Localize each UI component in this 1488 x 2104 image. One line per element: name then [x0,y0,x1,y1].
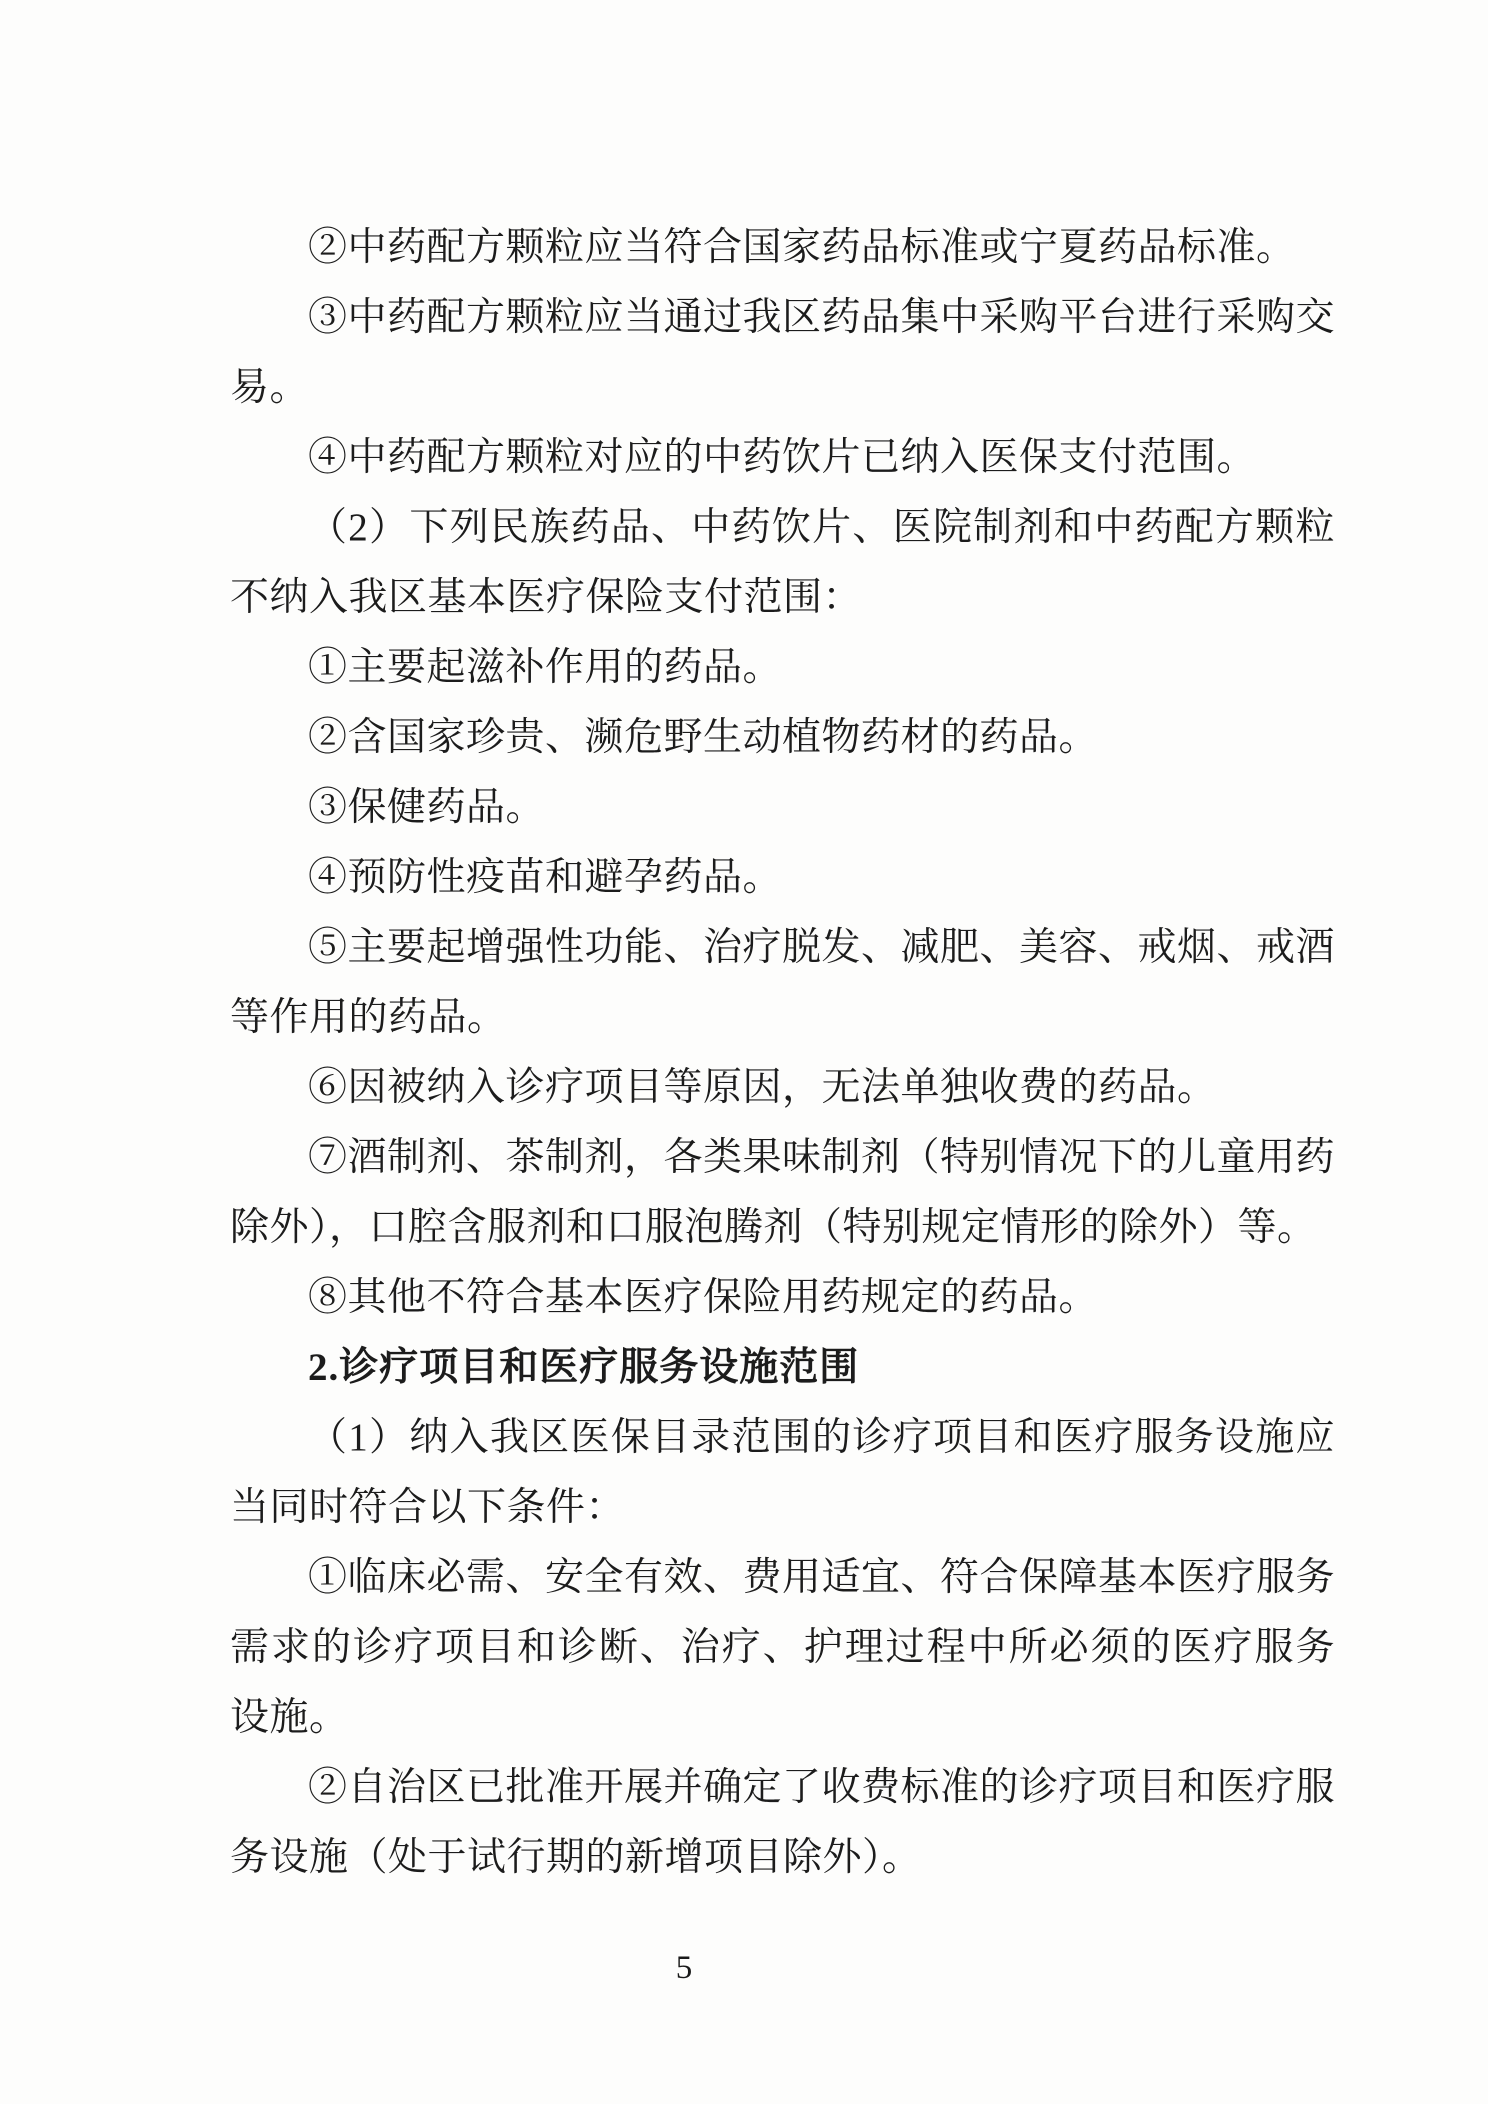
paragraph-11: ⑦酒制剂、茶制剂，各类果味制剂（特别情况下的儿童用药除外），口腔含服剂和口服泡腾… [230,1123,1335,1263]
paragraph-3: ④中药配方颗粒对应的中药饮片已纳入医保支付范围。 [230,423,1335,493]
paragraph-10: ⑥因被纳入诊疗项目等原因，无法单独收费的药品。 [230,1053,1335,1123]
paragraph-12: ⑧其他不符合基本医疗保险用药规定的药品。 [230,1263,1335,1333]
paragraph-5: ①主要起滋补作用的药品。 [230,633,1335,703]
paragraph-14: （1）纳入我区医保目录范围的诊疗项目和医疗服务设施应当同时符合以下条件： [230,1403,1335,1543]
paragraph-8: ④预防性疫苗和避孕药品。 [230,843,1335,913]
paragraph-9: ⑤主要起增强性功能、治疗脱发、减肥、美容、戒烟、戒酒等作用的药品。 [230,913,1335,1053]
paragraph-6: ②含国家珍贵、濒危野生动植物药材的药品。 [230,703,1335,773]
paragraph-16: ②自治区已批准开展并确定了收费标准的诊疗项目和医疗服务设施（处于试行期的新增项目… [230,1753,1335,1893]
paragraph-4: （2）下列民族药品、中药饮片、医院制剂和中药配方颗粒不纳入我区基本医疗保险支付范… [230,493,1335,633]
document-page: ②中药配方颗粒应当符合国家药品标准或宁夏药品标准。③中药配方颗粒应当通过我区药品… [0,0,1488,2104]
section-heading: 2.诊疗项目和医疗服务设施范围 [230,1333,1335,1403]
page-number: 5 [662,1948,706,1988]
paragraph-1: ②中药配方颗粒应当符合国家药品标准或宁夏药品标准。 [230,213,1335,283]
paragraph-2: ③中药配方颗粒应当通过我区药品集中采购平台进行采购交易。 [230,283,1335,423]
paragraph-7: ③保健药品。 [230,773,1335,843]
document-body: ②中药配方颗粒应当符合国家药品标准或宁夏药品标准。③中药配方颗粒应当通过我区药品… [230,213,1335,1893]
paragraph-15: ①临床必需、安全有效、费用适宜、符合保障基本医疗服务需求的诊疗项目和诊断、治疗、… [230,1543,1335,1753]
